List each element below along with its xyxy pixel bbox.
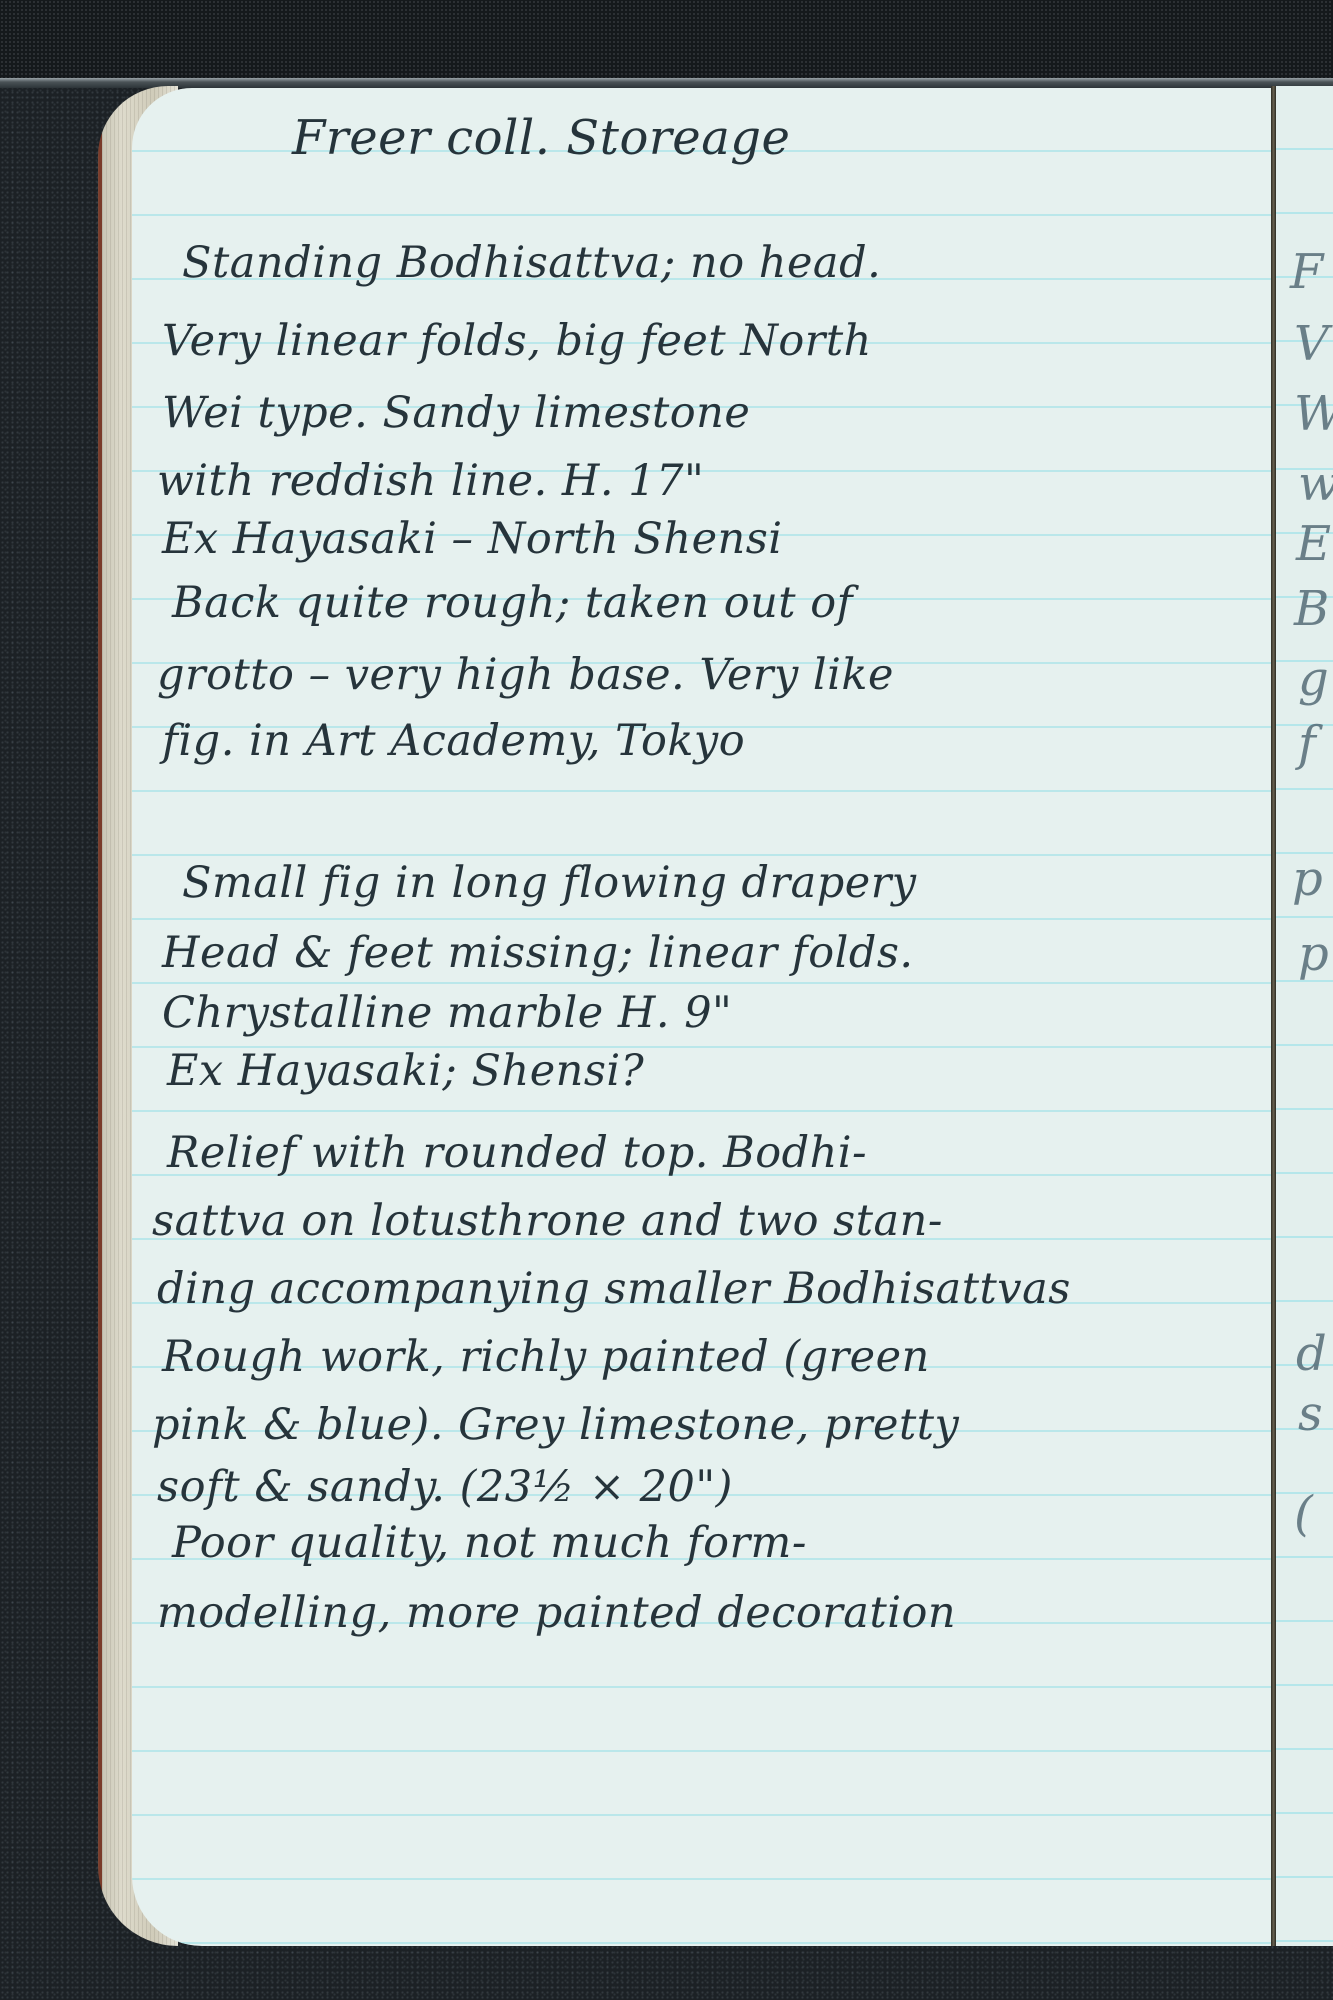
entry-line: fig. in Art Academy, Tokyo xyxy=(162,716,745,766)
right-page-text-fragment: d xyxy=(1296,1326,1327,1382)
entry-line: Back quite rough; taken out of xyxy=(172,578,853,628)
entry-line: soft & sandy. (23½ × 20") xyxy=(157,1462,733,1512)
entry-line: Standing Bodhisattva; no head. xyxy=(182,238,881,288)
entry-line: Ex Hayasaki – North Shensi xyxy=(162,514,783,564)
entry-line: Wei type. Sandy limestone xyxy=(162,388,750,438)
notebook-page-left: Freer coll. Storeage Standing Bodhisattv… xyxy=(132,88,1274,1946)
facing-page-top-edge xyxy=(0,78,1333,88)
right-page-text-fragment: p xyxy=(1292,851,1323,907)
right-page-text-fragment: s xyxy=(1298,1386,1323,1442)
right-page-text-fragment: w xyxy=(1298,456,1333,512)
entry-line: Very linear folds, big feet North xyxy=(162,316,872,366)
entry-line: sattva on lotusthrone and two stan- xyxy=(152,1196,943,1246)
entry-line: Head & feet missing; linear folds. xyxy=(162,928,914,978)
right-page-text-fragment: V xyxy=(1294,316,1329,372)
entry-line: Chrystalline marble H. 9" xyxy=(162,988,732,1038)
entry-line: modelling, more painted decoration xyxy=(157,1588,956,1638)
page-title: Freer coll. Storeage xyxy=(292,110,790,166)
entry-line: ding accompanying smaller Bodhisattvas xyxy=(157,1264,1071,1314)
entry-line: with reddish line. H. 17" xyxy=(157,456,704,506)
right-page-text-fragment: F xyxy=(1290,244,1323,300)
right-page-text-fragment: W xyxy=(1294,386,1333,442)
notebook-page-right: F V W w E B g f p p d s ( xyxy=(1276,86,1333,1946)
entry-line: Poor quality, not much form- xyxy=(172,1518,807,1568)
entry-line: Rough work, richly painted (green xyxy=(162,1332,930,1382)
right-page-text-fragment: E xyxy=(1296,516,1331,572)
entry-line: grotto – very high base. Very like xyxy=(157,650,894,700)
entry-line: pink & blue). Grey limestone, pretty xyxy=(152,1400,959,1450)
right-page-text-fragment: f xyxy=(1298,716,1316,772)
entry-line: Ex Hayasaki; Shensi? xyxy=(167,1046,644,1096)
right-page-text-fragment: g xyxy=(1298,651,1329,707)
entry-line: Small fig in long flowing drapery xyxy=(182,858,917,908)
right-page-text-fragment: ( xyxy=(1294,1486,1313,1542)
right-page-text-fragment: B xyxy=(1294,581,1329,637)
background-top xyxy=(0,0,1333,80)
right-page-text-fragment: p xyxy=(1298,926,1329,982)
entry-line: Relief with rounded top. Bodhi- xyxy=(167,1128,867,1178)
